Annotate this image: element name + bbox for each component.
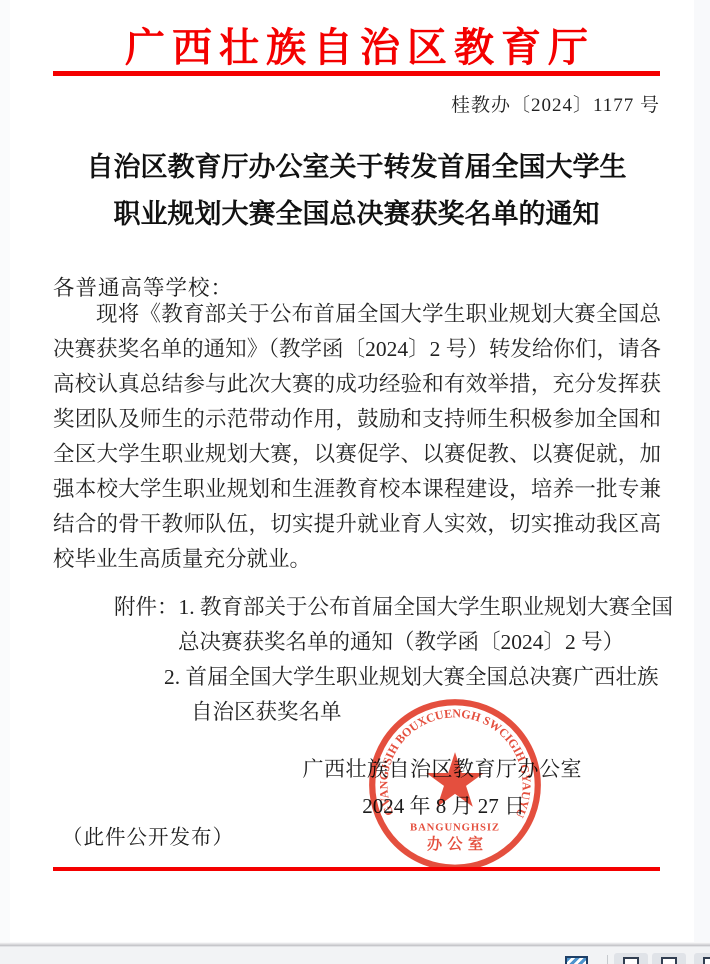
record-block-divider (53, 867, 660, 871)
body-paragraph: 现将《教育部关于公布首届全国大学生职业规划大赛全国总决赛获奖名单的通知》（教学函… (53, 297, 661, 577)
view-mode-button-3[interactable] (694, 953, 710, 964)
status-bar (0, 946, 710, 964)
page-view-icon (661, 957, 677, 964)
attachment-line: 2. 首届全国大学生职业规划大赛全国总决赛广西壮族 (114, 660, 674, 695)
letterhead-agency-title: 广西壮族自治区教育厅 (53, 16, 660, 73)
right-gutter (694, 0, 710, 946)
letterhead-divider (53, 71, 660, 76)
attachment-line: 总决赛获奖名单的通知（教学函〔2024〕2 号） (114, 625, 674, 660)
attachment-line: 附件：1. 教育部关于公布首届全国大学生职业规划大赛全国 (114, 590, 674, 625)
left-gutter (0, 0, 10, 946)
signature-date: 2024 年 8 月 27 日 (362, 790, 525, 820)
seal-subtext: BANGUNGHSIZ (410, 821, 500, 833)
signature-agency: 广西壮族自治区教育厅办公室 (303, 753, 583, 783)
document-title-line2: 职业规划大赛全国总决赛获奖名单的通知 (53, 191, 660, 238)
document-title: 自治区教育厅办公室关于转发首届全国大学生 职业规划大赛全国总决赛获奖名单的通知 (53, 144, 660, 238)
public-release-note: （此件公开发布） (62, 820, 234, 850)
attachment-line: 自治区获奖名单 (114, 695, 674, 730)
document-number: 桂教办〔2024〕1177 号 (53, 90, 660, 117)
document-page: 广西壮族自治区教育厅 桂教办〔2024〕1177 号 自治区教育厅办公室关于转发… (0, 0, 710, 946)
page-view-icon (703, 957, 710, 964)
document-title-line1: 自治区教育厅办公室关于转发首届全国大学生 (53, 144, 660, 191)
view-mode-button-1[interactable] (614, 953, 648, 964)
attachments-block: 附件：1. 教育部关于公布首届全国大学生职业规划大赛全国 总决赛获奖名单的通知（… (114, 590, 674, 730)
view-mode-button-2[interactable] (652, 953, 686, 964)
fill-pattern-icon[interactable] (565, 956, 588, 964)
page-view-icon (623, 957, 639, 964)
seal-bottom-text: 办公室 (427, 835, 488, 853)
status-bar-divider (607, 955, 608, 964)
